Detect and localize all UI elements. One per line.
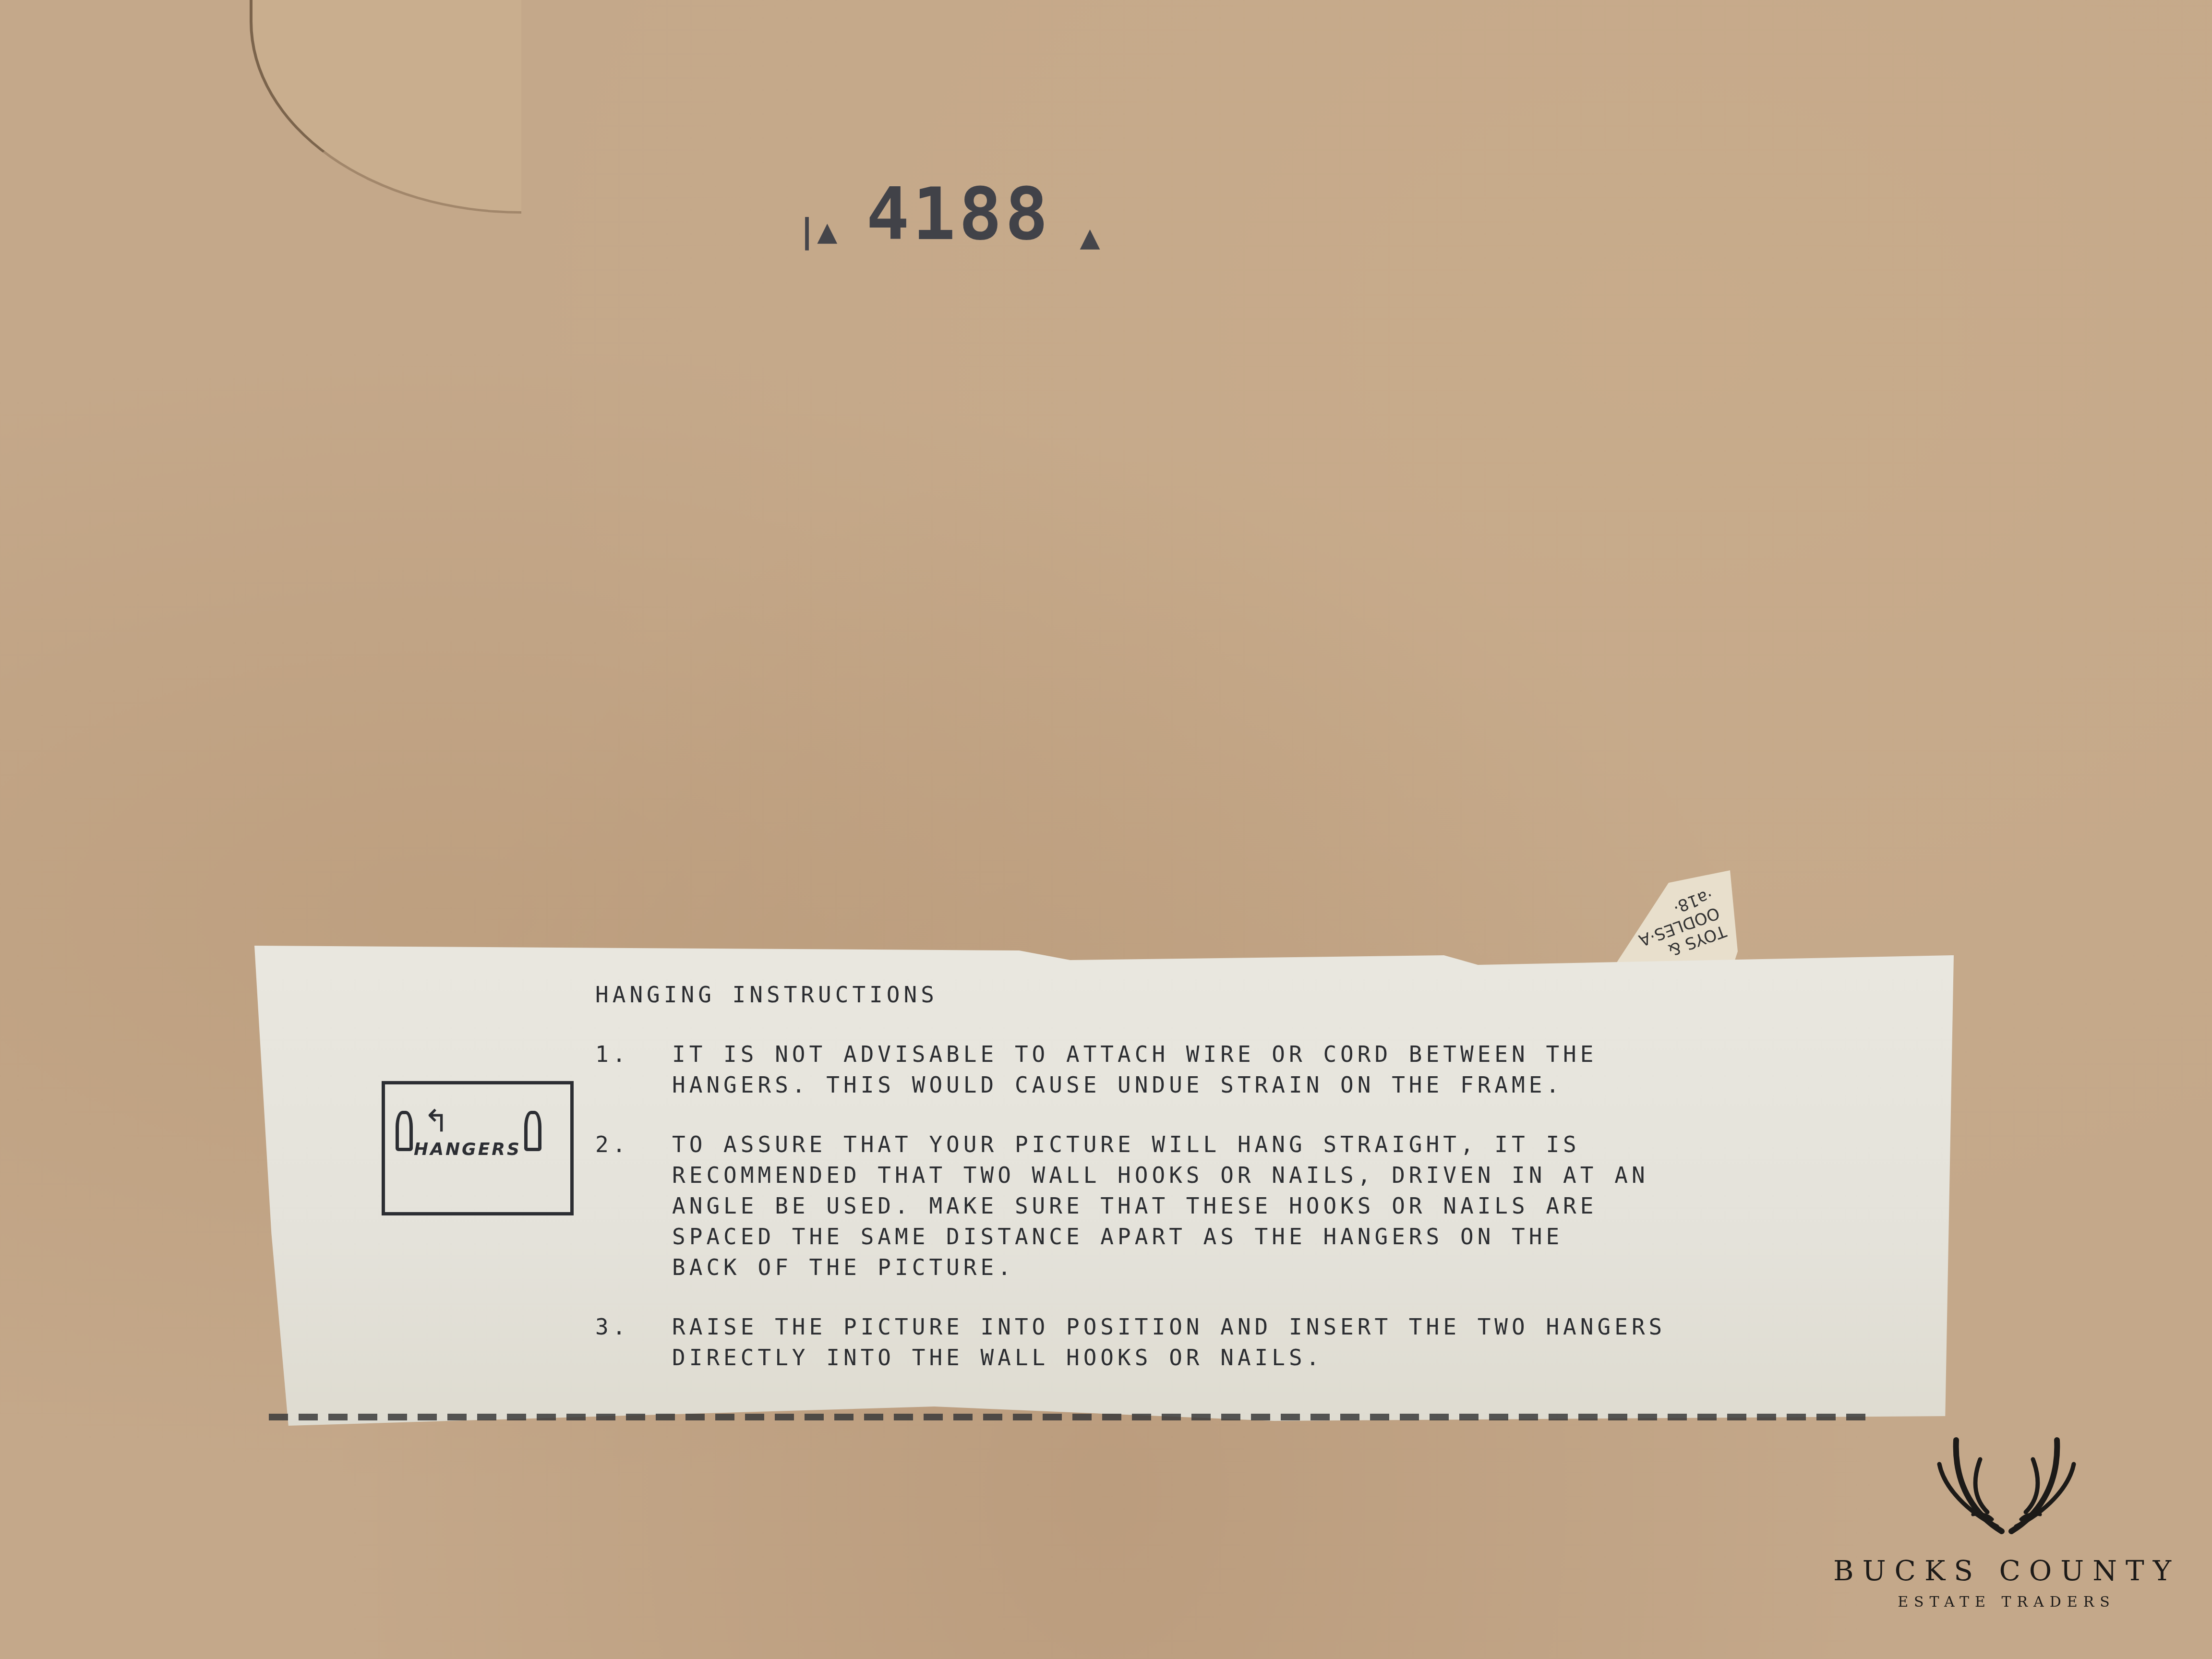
item-line: RECOMMENDED THAT TWO WALL HOOKS OR NAILS…	[672, 1160, 1738, 1190]
antler-icon	[1935, 1431, 2079, 1536]
brand-subtitle: ESTATE TRADERS	[1819, 1594, 2194, 1611]
hangers-diagram: ↰ HANGERS	[382, 1081, 574, 1215]
item-body: TO ASSURE THAT YOUR PICTURE WILL HANG ST…	[672, 1129, 1738, 1283]
item-line: BACK OF THE PICTURE.	[672, 1252, 1738, 1283]
item-line: HANGERS. THIS WOULD CAUSE UNDUE STRAIN O…	[672, 1070, 1738, 1100]
item-line: IT IS NOT ADVISABLE TO ATTACH WIRE OR CO…	[672, 1039, 1738, 1070]
perforation-line	[269, 1414, 1872, 1420]
stamp-number: 4188	[866, 173, 1051, 256]
item-line: SPACED THE SAME DISTANCE APART AS THE HA…	[672, 1221, 1738, 1252]
stamped-number: |▲ 4188 ▲	[797, 173, 1100, 256]
stamp-mark-left: |▲	[797, 211, 837, 251]
hanger-icon	[396, 1111, 413, 1151]
instruction-item: 2. TO ASSURE THAT YOUR PICTURE WILL HANG…	[595, 1129, 1738, 1283]
item-number: 2.	[595, 1129, 672, 1283]
instructions-text: HANGING INSTRUCTIONS 1. IT IS NOT ADVISA…	[595, 979, 1738, 1402]
stamp-mark-right: ▲	[1080, 217, 1100, 256]
item-line: DIRECTLY INTO THE WALL HOOKS OR NAILS.	[672, 1342, 1738, 1373]
instruction-item: 1. IT IS NOT ADVISABLE TO ATTACH WIRE OR…	[595, 1039, 1738, 1100]
watermark-logo: BUCKS COUNTY ESTATE TRADERS	[1819, 1431, 2194, 1623]
brand-name: BUCKS COUNTY	[1819, 1554, 2194, 1587]
item-line: RAISE THE PICTURE INTO POSITION AND INSE…	[672, 1311, 1738, 1342]
item-number: 1.	[595, 1039, 672, 1100]
instruction-item: 3. RAISE THE PICTURE INTO POSITION AND I…	[595, 1311, 1738, 1373]
arrow-icon: ↰	[423, 1104, 449, 1139]
fragment-text: TOYS & OODLES·A ·a18·	[1630, 885, 1729, 968]
hanger-icon	[524, 1111, 541, 1151]
item-body: IT IS NOT ADVISABLE TO ATTACH WIRE OR CO…	[672, 1039, 1738, 1100]
instructions-title: HANGING INSTRUCTIONS	[595, 979, 1738, 1010]
item-line: ANGLE BE USED. MAKE SURE THAT THESE HOOK…	[672, 1190, 1738, 1221]
torn-paper-edge	[250, 0, 521, 214]
diagram-label: HANGERS	[414, 1140, 521, 1159]
item-number: 3.	[595, 1311, 672, 1373]
item-body: RAISE THE PICTURE INTO POSITION AND INSE…	[672, 1311, 1738, 1373]
item-line: TO ASSURE THAT YOUR PICTURE WILL HANG ST…	[672, 1129, 1738, 1160]
